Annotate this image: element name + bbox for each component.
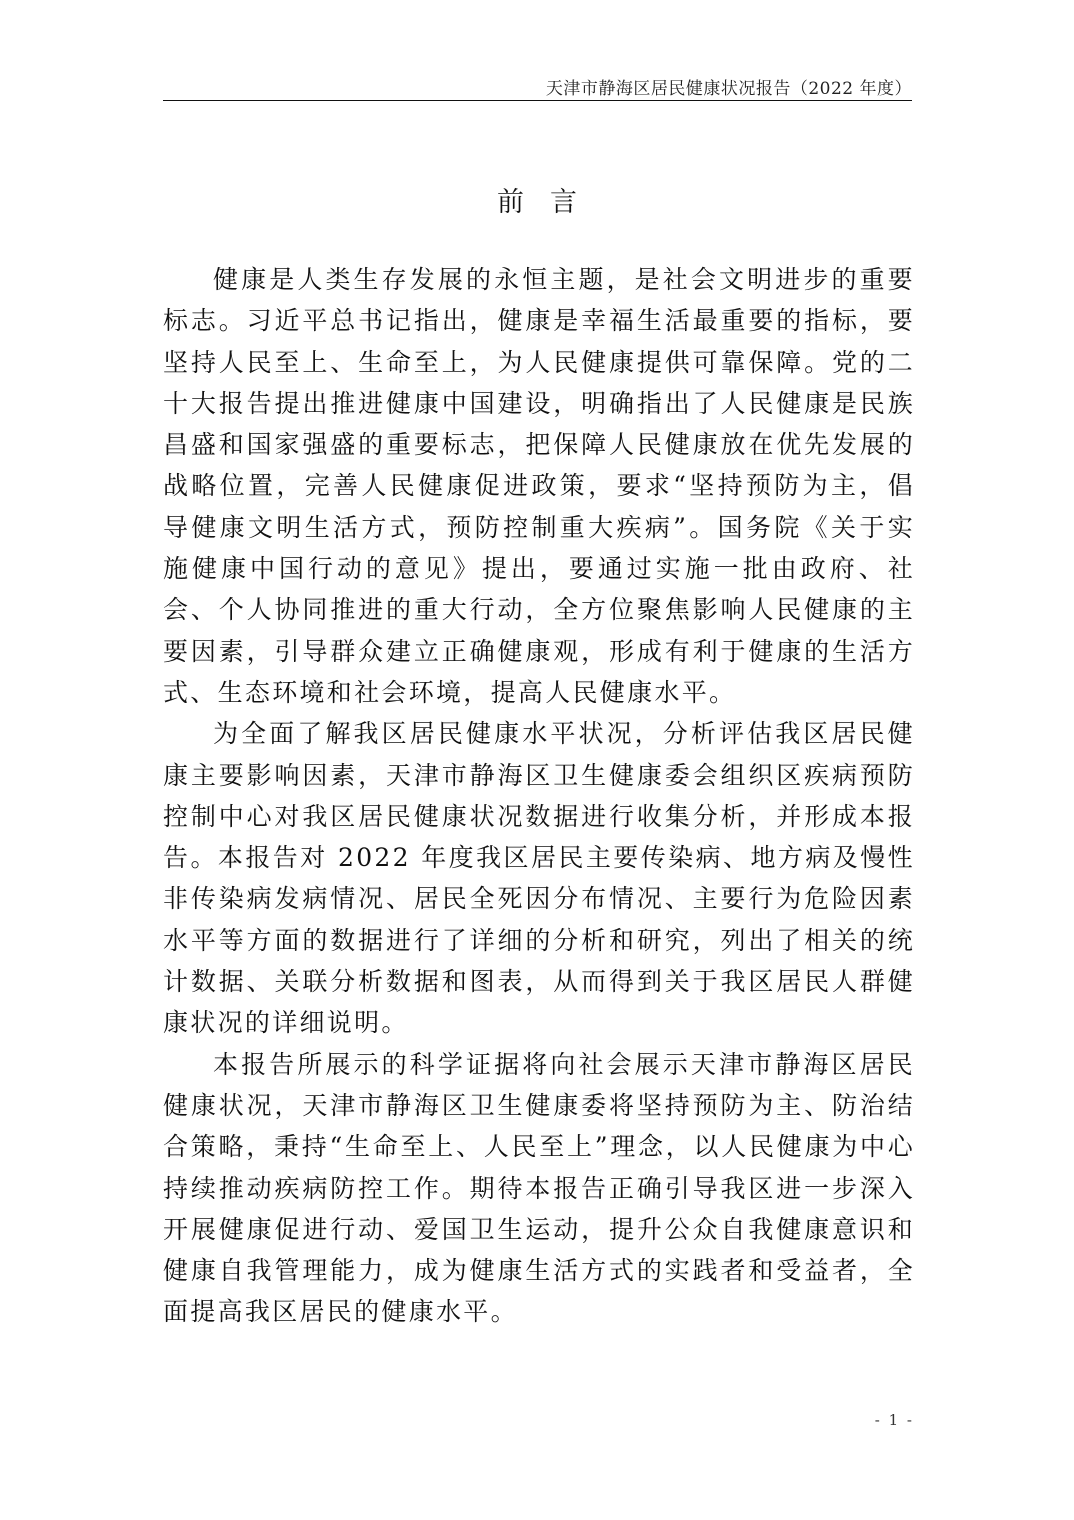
header-divider <box>163 100 912 101</box>
page-number: - 1 - <box>875 1411 914 1429</box>
page-title: 前言 <box>0 180 1074 219</box>
body-text: 健康是人类生存发展的永恒主题，是社会文明进步的重要标志。习近平总书记指出，健康是… <box>163 259 915 1333</box>
paragraph: 健康是人类生存发展的永恒主题，是社会文明进步的重要标志。习近平总书记指出，健康是… <box>163 259 915 713</box>
paragraph: 本报告所展示的科学证据将向社会展示天津市静海区居民健康状况，天津市静海区卫生健康… <box>163 1044 915 1333</box>
running-header: 天津市静海区居民健康状况报告（2022 年度） <box>546 74 912 99</box>
paragraph: 为全面了解我区居民健康水平状况，分析评估我区居民健康主要影响因素，天津市静海区卫… <box>163 713 915 1043</box>
